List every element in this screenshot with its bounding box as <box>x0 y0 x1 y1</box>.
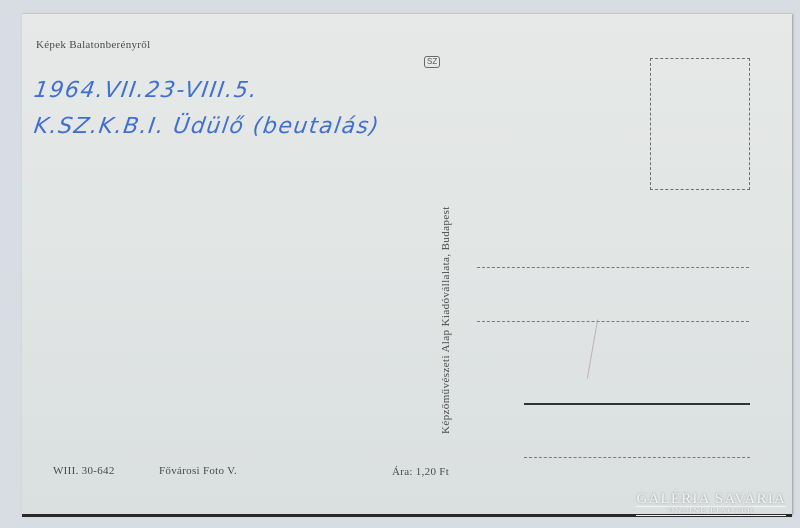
address-line-1 <box>477 267 749 268</box>
sz-logo-mark: SZ <box>424 56 440 68</box>
catalog-number: WIII. 30-642 <box>53 465 115 477</box>
pencil-mark <box>587 319 598 378</box>
postcard-back: Képek Balatonberényről 1964.VII.23-VIII.… <box>22 13 792 514</box>
address-line-3 <box>524 403 750 405</box>
stamp-placeholder-box <box>650 58 750 190</box>
price-label: Ára: 1,20 Ft <box>392 466 449 478</box>
address-line-2 <box>477 321 749 322</box>
watermark: GALÉRIA SAVARIA ONLINE PIACTÉR <box>636 491 786 516</box>
handwritten-date: 1964.VII.23-VIII.5. <box>32 78 260 103</box>
handwritten-note: K.SZ.K.B.I. Üdülő (beutalás) <box>32 114 381 139</box>
postcard-title: Képek Balatonberényről <box>36 39 150 51</box>
publisher-text: Képzőművészeti Alap Kiadóvállalata, Buda… <box>440 206 452 434</box>
address-line-4 <box>524 457 750 458</box>
photographer-credit: Fővárosi Foto V. <box>159 465 237 477</box>
